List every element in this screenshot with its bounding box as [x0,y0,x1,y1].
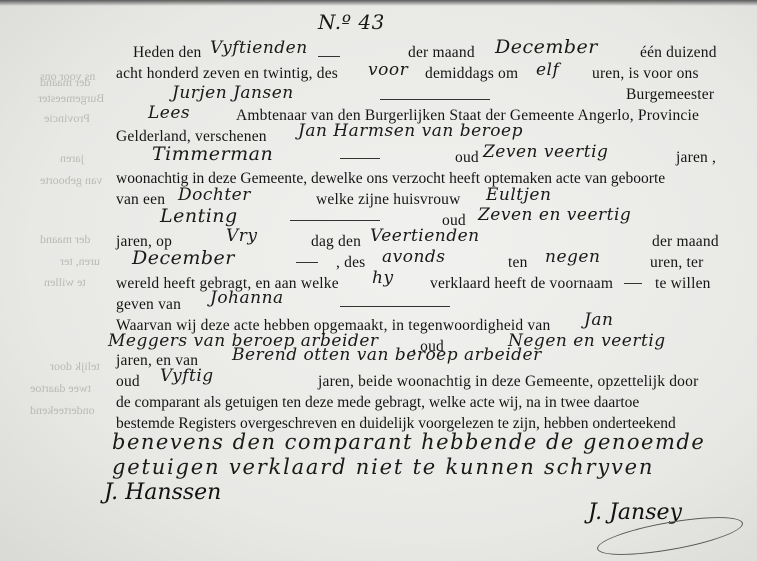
certificate-number: N.º 43 [318,10,385,34]
fill-line [290,220,380,221]
form-text: van een [116,191,165,209]
handwritten-child-name: Johanna [210,288,284,308]
form-text: uren, is voor ons [592,65,699,83]
fill-line [340,158,380,159]
handwritten-birth-day: Veertienden [370,226,480,246]
ghost-margin-text: onderteekend [30,396,95,424]
handwritten-declarant: hy [372,268,394,288]
handwritten-birth-month: December [132,247,235,269]
form-text: dag den [311,233,361,251]
handwritten-official-prefix: Lees [148,103,190,123]
handwritten-day: Vyftienden [210,38,308,58]
handwritten-witness2: Berend otten van beroep arbeider [232,345,542,365]
form-text: demiddags om [425,65,518,83]
fill-line [296,262,318,263]
handwritten-month: December [495,36,598,58]
ghost-margin-text: Provincie [44,104,90,132]
handwritten-father-occupation: Timmerman [152,143,273,165]
form-text: der maand [408,44,475,62]
form-text: ten [508,254,528,272]
handwritten-witness2-age: Vyftig [160,366,214,386]
form-text: oud [116,373,140,391]
handwritten-time-of-day: voor [368,60,408,80]
ghost-margin-text: te willen [44,268,86,296]
handwritten-official-name: Jurjen Jansen [172,83,294,103]
form-text: te willen [655,275,711,293]
handwritten-witness1-first: Jan [584,310,613,330]
form-text: acht honderd zeven en twintig, des [116,65,338,83]
form-text: verklaard heeft de voornaam [430,275,613,293]
handwritten-hour: elf [536,60,559,80]
handwritten-mother-age: Zeven en veertig [478,205,631,225]
form-text: jaren , [676,149,716,167]
scan-top-edge [0,0,757,6]
handwritten-father: Jan Harmsen van beroep [298,121,523,141]
handwritten-addendum-line1: benevens den comparant hebbende de genoe… [112,430,705,454]
form-text: , des [336,254,365,272]
handwritten-birth-hour: negen [545,247,600,267]
handwritten-father-age: Zeven veertig [483,142,608,162]
form-text: jaren, beide woonachtig in deze Gemeente… [318,373,698,391]
handwritten-birth-period: avonds [382,247,446,267]
form-text: uren, ter [650,254,703,272]
form-text: de comparant als getuigen ten deze mede … [116,394,639,412]
handwritten-mother-first: Eultjen [486,185,551,205]
form-text: geven van [116,296,181,314]
handwritten-addendum-line2: getuigen verklaard niet te kunnen schryv… [112,455,654,479]
fill-line [380,99,490,100]
signature-left: J. Hanssen [104,480,221,505]
fill-line [624,283,642,284]
document-page: der maand ns voor ons Burgemeester Provi… [0,0,757,561]
form-text: één duizend [640,44,717,62]
ghost-margin-text: van geboorte [40,166,102,194]
form-text: Burgemeester [626,86,714,104]
fill-line [340,306,450,307]
fill-line [318,56,340,57]
form-text: der maand [652,233,719,251]
handwritten-birth-weekday: Vry [226,226,258,246]
form-text: Heden den [133,44,202,62]
form-text: oud [455,149,479,167]
handwritten-mother-surname: Lenting [160,205,238,227]
form-text: welke zijne huisvrouw [316,191,461,209]
handwritten-child-sex: Dochter [178,185,251,205]
